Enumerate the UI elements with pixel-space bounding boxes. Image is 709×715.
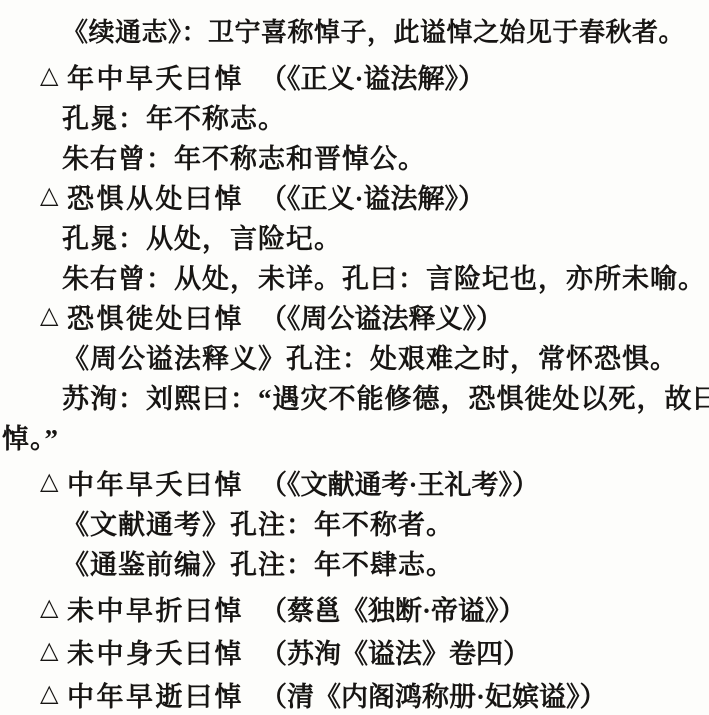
entry-term: 未中早折曰悼: [67, 589, 244, 628]
note-line: 孔晁：从处，言险圮。: [0, 216, 709, 256]
entry-term: 中年早逝曰悼: [67, 675, 244, 714]
triangle-marker-icon: △: [40, 304, 67, 328]
triangle-marker-icon: △: [40, 184, 67, 208]
entry-source: （蔡邕《独断·帝谥》）: [260, 589, 526, 628]
entry-term: 恐惧从处曰悼: [67, 177, 244, 216]
note-line: 朱右曾：从处，未详。孔曰：言险圮也，亦所未喻。: [0, 256, 709, 296]
wrapped-text-line: 悼。”: [0, 416, 709, 456]
entry-source: （苏洵《谥法》卷四）: [260, 632, 530, 671]
intro-line: 《续通志》：卫宁喜称悼子，此谥悼之始见于春秋者。: [0, 10, 709, 50]
entry-line: △ 未中早折曰悼 （蔡邕《独断·帝谥》）: [0, 588, 709, 628]
note-text: 朱右曾：从处，未详。孔曰：言险圮也，亦所未喻。: [62, 257, 706, 296]
note-text: 《通鉴前编》孔注：年不肆志。: [62, 543, 454, 582]
entry-source: （《正义·谥法解》）: [260, 177, 485, 216]
entry-line: △ 中年早逝曰悼 （清《内阁鸿称册·妃嫔谥》）: [0, 674, 709, 714]
triangle-marker-icon: △: [40, 639, 67, 663]
entry-line: △ 年中早夭曰悼 （《正义·谥法解》）: [0, 56, 709, 96]
note-line: 苏洵：刘熙曰：“遇灾不能修德，恐惧徙处以死，故曰: [0, 376, 709, 416]
entry-term: 中年早夭曰悼: [67, 463, 244, 502]
note-line: 朱右曾：年不称志和晋悼公。: [0, 136, 709, 176]
entry-line: △ 未中身夭曰悼 （苏洵《谥法》卷四）: [0, 631, 709, 671]
note-text: 苏洵：刘熙曰：“遇灾不能修德，恐惧徙处以死，故曰: [62, 377, 709, 416]
entry-line: △ 中年早夭曰悼 （《文献通考·王礼考》）: [0, 462, 709, 502]
entry-term: 恐惧徙处曰悼: [67, 297, 244, 336]
note-text: 朱右曾：年不称志和晋悼公。: [62, 137, 426, 176]
note-line: 《周公谥法释义》孔注：处艰难之时，常怀恐惧。: [0, 336, 709, 376]
note-line: 孔晁：年不称志。: [0, 96, 709, 136]
entry-source: （《文献通考·王礼考》）: [260, 463, 539, 502]
entry-source: （《正义·谥法解》）: [260, 57, 485, 96]
note-line: 《文献通考》孔注：年不称者。: [0, 502, 709, 542]
intro-text: 《续通志》：卫宁喜称悼子，此谥悼之始见于春秋者。: [62, 12, 685, 49]
entry-source: （清《内阁鸿称册·妃嫔谥》）: [260, 675, 607, 714]
note-text: 《文献通考》孔注：年不称者。: [62, 503, 454, 542]
triangle-marker-icon: △: [40, 682, 67, 706]
triangle-marker-icon: △: [40, 64, 67, 88]
note-text: 《周公谥法释义》孔注：处艰难之时，常怀恐惧。: [62, 337, 678, 376]
note-text: 孔晁：从处，言险圮。: [62, 217, 342, 256]
note-text: 孔晁：年不称志。: [62, 97, 286, 136]
entry-term: 未中身夭曰悼: [67, 632, 244, 671]
entry-term: 年中早夭曰悼: [67, 57, 244, 96]
entry-line: △ 恐惧徙处曰悼 （《周公谥法释义》）: [0, 296, 709, 336]
triangle-marker-icon: △: [40, 596, 67, 620]
note-line: 《通鉴前编》孔注：年不肆志。: [0, 542, 709, 582]
triangle-marker-icon: △: [40, 470, 67, 494]
entry-source: （《周公谥法释义》）: [260, 297, 503, 336]
entry-line: △ 恐惧从处曰悼 （《正义·谥法解》）: [0, 176, 709, 216]
scanned-document-page: 《续通志》：卫宁喜称悼子，此谥悼之始见于春秋者。 △ 年中早夭曰悼 （《正义·谥…: [0, 0, 709, 715]
wrap-text: 悼。”: [2, 417, 59, 456]
